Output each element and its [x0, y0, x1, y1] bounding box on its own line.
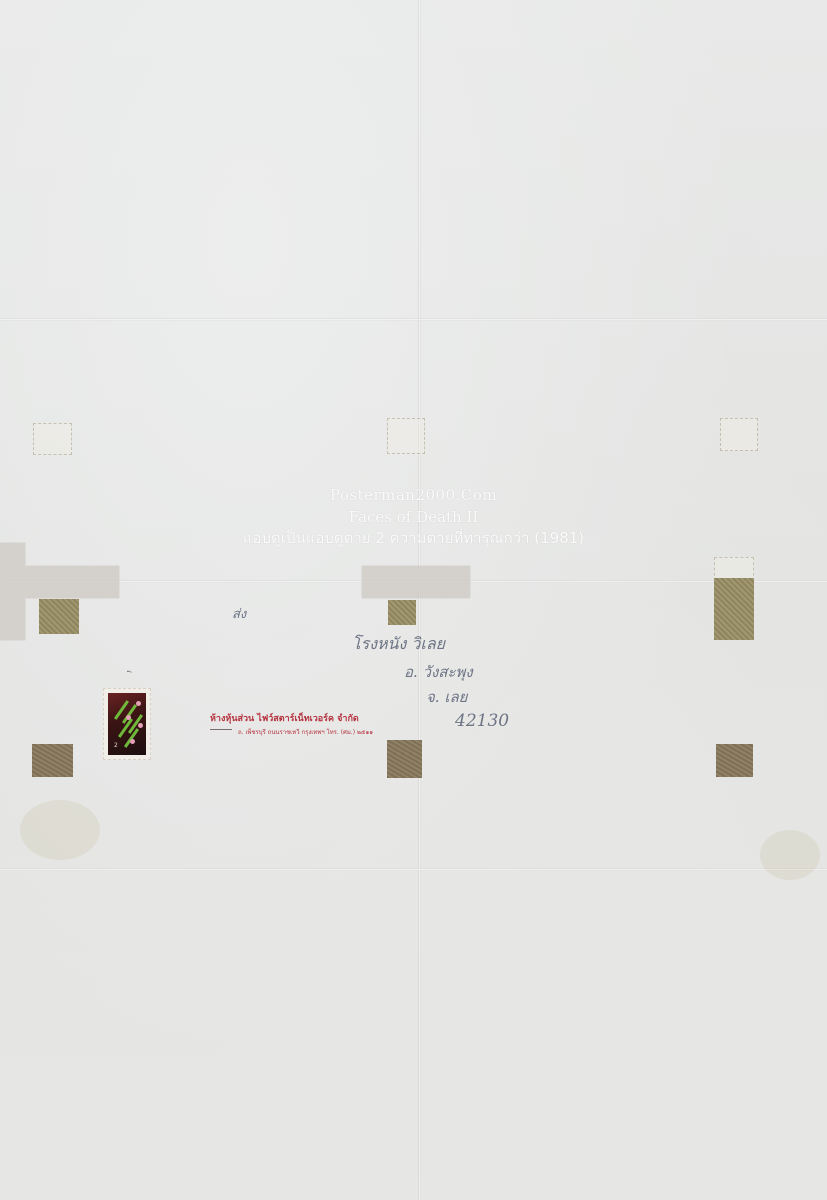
- stain: [20, 800, 100, 860]
- orchid-illustration: 2: [108, 693, 146, 755]
- handwritten-address-line: โรงหนัง วิเลย: [352, 632, 445, 657]
- aged-tape: [716, 744, 753, 777]
- postmark: ✓: [124, 667, 134, 676]
- tape-residue: [720, 418, 758, 451]
- clear-tape: [0, 543, 25, 640]
- watermark-title-th: แอบดูเป็นแอบดูตาย 2 ความตายที่ทารุณกว่า …: [0, 530, 827, 547]
- sender-company: ห้างหุ้นส่วน ไฟว์สตาร์เน็ทเวอร์ค จำกัด: [210, 711, 373, 725]
- tape-residue: [387, 418, 425, 454]
- handwritten-postcode: 42130: [455, 711, 509, 731]
- horizontal-fold: [0, 868, 827, 871]
- handwritten-address-line: อ. วังสะพุง: [404, 660, 473, 684]
- watermark-title-en: Faces of Death II: [0, 509, 827, 526]
- divider: [210, 729, 232, 730]
- postage-stamp: 2: [103, 688, 151, 760]
- watermark-site: Posterman2000.Com: [0, 487, 827, 504]
- handwritten-note: ส่ง: [232, 603, 246, 624]
- vertical-fold: [418, 0, 421, 1200]
- tape-residue: [33, 423, 72, 455]
- stamp-value: 2: [114, 742, 118, 749]
- aged-tape: [388, 600, 416, 625]
- aged-tape: [39, 599, 79, 634]
- sender-rubber-stamp: ห้างหุ้นส่วน ไฟว์สตาร์เน็ทเวอร์ค จำกัด ถ…: [210, 711, 373, 737]
- aged-tape: [714, 578, 754, 640]
- horizontal-fold: [0, 318, 827, 321]
- handwritten-address-line: จ. เลย: [426, 685, 467, 709]
- stain: [760, 830, 820, 880]
- aged-tape: [32, 744, 73, 777]
- clear-tape: [362, 566, 470, 598]
- sender-address: ถ. เพ็ชรบุรี ถนนราชเทวี กรุงเทพฯ โทร. (ศ…: [238, 727, 373, 737]
- aged-tape: [387, 740, 422, 778]
- clear-tape: [26, 566, 119, 598]
- poster-back: Posterman2000.Com Faces of Death II แอบด…: [0, 0, 827, 1200]
